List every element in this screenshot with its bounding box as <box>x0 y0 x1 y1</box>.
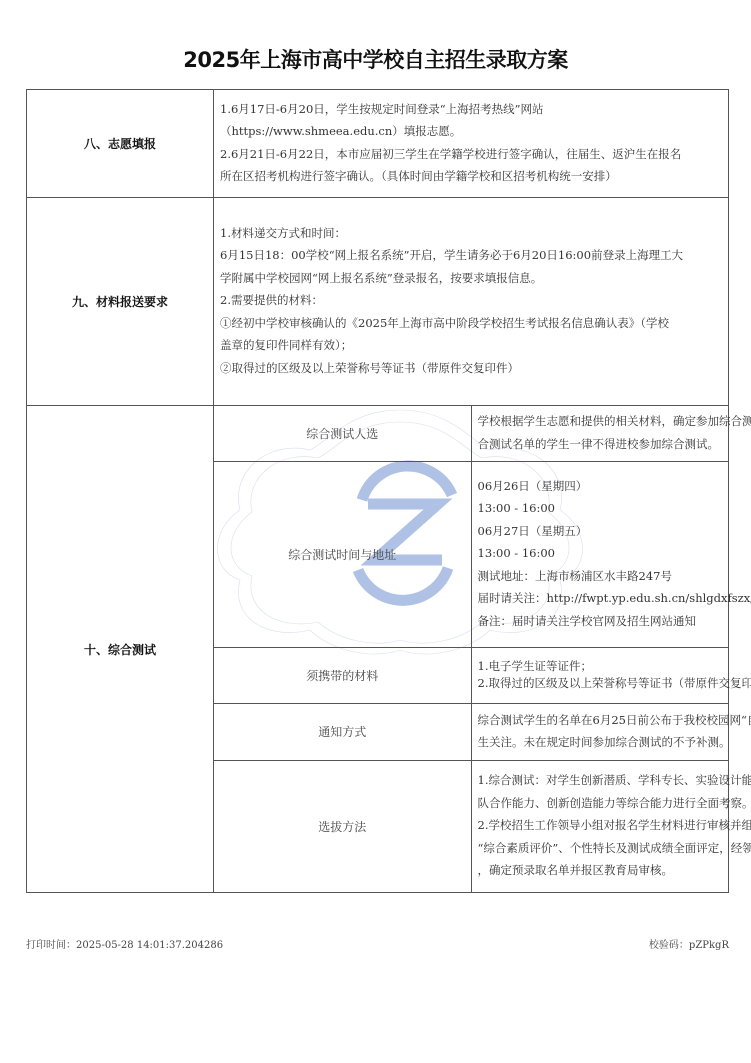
content-line: 综合测试学生的名单在6月25日前公布于我校校园网“自主招生”栏目中，请学 <box>478 709 723 732</box>
content-line: 合测试名单的学生一律不得进校参加综合测试。 <box>478 433 723 456</box>
content-line: 1.材料递交方式和时间： <box>220 222 722 245</box>
content-line: 1.综合测试：对学生创新潜质、学科专长、实验设计能力、语言表达能力、团 <box>478 769 723 792</box>
section-label: 八、志愿填报 <box>27 90 214 198</box>
subrow-label: 选拔方法 <box>214 761 472 893</box>
subrow-content: 综合测试学生的名单在6月25日前公布于我校校园网“自主招生”栏目中，请学 生关注… <box>471 704 729 761</box>
content-line: 6月15日18：00学校“网上报名系统”开启，学生请务必于6月20日16:00前… <box>220 244 722 267</box>
admission-plan-table: 八、志愿填报 1.6月17日-6月20日，学生按规定时间登录“上海招考热线”网站… <box>26 89 729 893</box>
section-content: 1.6月17日-6月20日，学生按规定时间登录“上海招考热线”网站 （https… <box>214 90 729 198</box>
section-label: 九、材料报送要求 <box>27 198 214 406</box>
content-line: 06月26日（星期四） <box>478 475 723 498</box>
content-line: 1.电子学生证等证件； <box>478 658 723 675</box>
content-line: 盖章的复印件同样有效）； <box>220 334 722 357</box>
content-line: 测试地址：上海市杨浦区水丰路247号 <box>478 565 723 588</box>
subrow-content: 06月26日（星期四） 13:00 - 16:00 06月27日（星期五） 13… <box>471 462 729 648</box>
check-code: 校验码：pZPkgR <box>649 936 729 951</box>
subrow-content: 1.综合测试：对学生创新潜质、学科专长、实验设计能力、语言表达能力、团 队合作能… <box>471 761 729 893</box>
content-line: 所在区招考机构进行签字确认。（具体时间由学籍学校和区招考机构统一安排） <box>220 165 722 188</box>
subrow-label: 通知方式 <box>214 704 472 761</box>
content-line: 1.6月17日-6月20日，学生按规定时间登录“上海招考热线”网站 <box>220 98 722 121</box>
content-line: “综合素质评价”、个性特长及测试成绩全面评定，经领导小组集体讨论后 <box>478 837 723 860</box>
content-line: ①经初中学校审核确认的《2025年上海市高中阶段学校招生考试报名信息确认表》（学… <box>220 312 722 335</box>
content-line: 备注：届时请关注学校官网及招生网站通知 <box>478 610 723 633</box>
subrow-label: 综合测试时间与地址 <box>214 462 472 648</box>
content-line: 学校根据学生志愿和提供的相关材料，确定参加综合测试的名单。未在学校综 <box>478 410 723 433</box>
subrow-candidates: 十、综合测试 综合测试人选 学校根据学生志愿和提供的相关材料，确定参加综合测试的… <box>27 406 729 462</box>
subrow-content: 学校根据学生志愿和提供的相关材料，确定参加综合测试的名单。未在学校综 合测试名单… <box>471 406 729 462</box>
section-row-materials: 九、材料报送要求 1.材料递交方式和时间： 6月15日18：00学校“网上报名系… <box>27 198 729 406</box>
section-content: 1.材料递交方式和时间： 6月15日18：00学校“网上报名系统”开启，学生请务… <box>214 198 729 406</box>
content-line: 2.学校招生工作领导小组对报名学生材料进行审核并组织综合测试，根据学生 <box>478 814 723 837</box>
subrow-label: 须携带的材料 <box>214 648 472 704</box>
section-label: 十、综合测试 <box>27 406 214 893</box>
content-line: 13:00 - 16:00 <box>478 542 723 565</box>
content-line: 13:00 - 16:00 <box>478 497 723 520</box>
content-line: （https://www.shmeea.edu.cn）填报志愿。 <box>220 120 722 143</box>
content-line: 2.需要提供的材料： <box>220 289 722 312</box>
document-title: 2025年上海市高中学校自主招生录取方案 <box>0 44 751 74</box>
content-line: 学附属中学校园网“网上报名系统”登录报名，按要求填报信息。 <box>220 267 722 290</box>
content-line: 2.取得过的区级及以上荣誉称号等证书（带原件交复印件） <box>478 675 723 692</box>
section-row-volunteer: 八、志愿填报 1.6月17日-6月20日，学生按规定时间登录“上海招考热线”网站… <box>27 90 729 198</box>
content-line: 队合作能力、创新创造能力等综合能力进行全面考察。 <box>478 792 723 815</box>
subrow-label: 综合测试人选 <box>214 406 472 462</box>
content-line: ②取得过的区级及以上荣誉称号等证书（带原件交复印件） <box>220 357 722 380</box>
content-line: 届时请关注：http://fwpt.yp.edu.sh.cn/shlgdxfsz… <box>478 587 723 610</box>
print-time: 打印时间：2025-05-28 14:01:37.204286 <box>26 936 223 951</box>
subrow-content: 1.电子学生证等证件； 2.取得过的区级及以上荣誉称号等证书（带原件交复印件） <box>471 648 729 704</box>
content-line: 06月27日（星期五） <box>478 520 723 543</box>
content-line: 2.6月21日-6月22日，本市应届初三学生在学籍学校进行签字确认，往届生、返沪… <box>220 143 722 166</box>
content-line: ，确定预录取名单并报区教育局审核。 <box>478 859 723 882</box>
content-line: 生关注。未在规定时间参加综合测试的不予补测。 <box>478 731 723 754</box>
